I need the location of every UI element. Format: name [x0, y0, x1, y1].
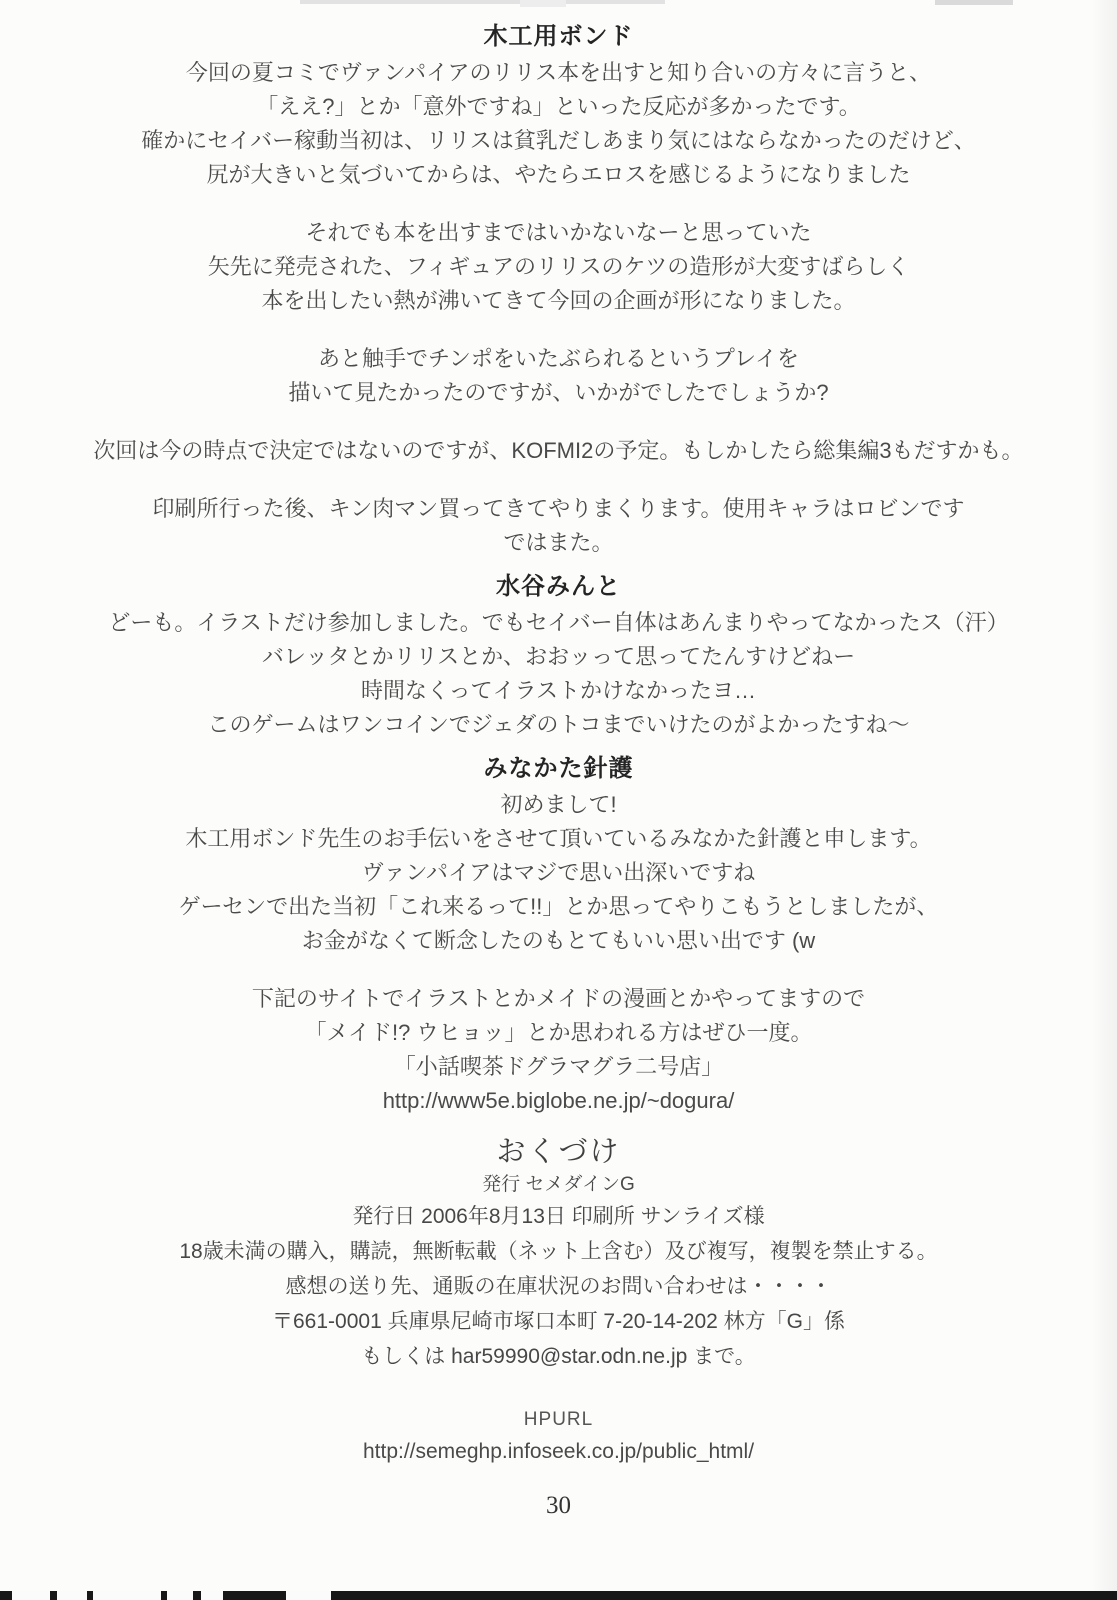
paragraph: 次回は今の時点で決定ではないのですが、KOFMI2の予定。もしかしたら総集編3も… — [0, 434, 1117, 468]
text-line: 描いて見たかったのですが、いかがでしたでしょうか? — [0, 376, 1117, 410]
scan-edge-notch — [201, 1591, 223, 1600]
paragraph: 印刷所行った後、キン肉マン買ってきてやりまくります。使用キャラはロビンです では… — [0, 492, 1117, 560]
text-line: どーも。イラストだけ参加しました。でもセイバー自体はあんまりやってなかったス（汗… — [0, 606, 1117, 640]
section-title: 木工用ボンド — [0, 20, 1117, 54]
text-line: 矢先に発売された、フィギュアのリリスのケツの造形が大変すばらしく — [0, 250, 1117, 284]
section-title: 水谷みんと — [0, 570, 1117, 604]
homepage-block: HPURL http://semeghp.infoseek.co.jp/publ… — [0, 1405, 1117, 1469]
section-title: みなかた針護 — [0, 752, 1117, 786]
paragraph: それでも本を出すまではいかないなーと思っていた 矢先に発売された、フィギュアのリ… — [0, 216, 1117, 318]
text-line: 確かにセイバー稼動当初は、リリスは貧乳だしあまり気にはならなかったのだけど、 — [0, 124, 1117, 158]
paragraph: あと触手でチンポをいたぶられるというプレイを 描いて見たかったのですが、いかがで… — [0, 342, 1117, 410]
text-line: 本を出したい熱が沸いてきて今回の企画が形になりました。 — [0, 284, 1117, 318]
text-line: ヴァンパイアはマジで思い出深いですね — [0, 856, 1117, 890]
publisher-line: 発行 セメダインG — [0, 1171, 1117, 1199]
colophon: おくづけ 発行 セメダインG 発行日 2006年8月13日 印刷所 サンライズ様… — [0, 1133, 1117, 1374]
text-line: 下記のサイトでイラストとかメイドの漫画とかやってますので — [0, 982, 1117, 1016]
colophon-title: おくづけ — [0, 1133, 1117, 1171]
contact-intro-line: 感想の送り先、通販の在庫状況のお問い合わせは・・・・ — [0, 1269, 1117, 1304]
paragraph: 下記のサイトでイラストとかメイドの漫画とかやってますので 「メイド!? ウヒョッ… — [0, 982, 1117, 1118]
section-mizutani-minto: 水谷みんと どーも。イラストだけ参加しました。でもセイバー自体はあんまりやってな… — [0, 570, 1117, 742]
scan-edge-notch — [93, 1591, 161, 1600]
text-line: このゲームはワンコインでジェダのトコまでいけたのがよかったすね～ — [0, 708, 1117, 742]
paragraph: 初めまして! 木工用ボンド先生のお手伝いをさせて頂いているみなかた針護と申します… — [0, 788, 1117, 958]
text-line: バレッタとかリリスとか、おおッって思ってたんすけどねー — [0, 640, 1117, 674]
paragraph: どーも。イラストだけ参加しました。でもセイバー自体はあんまりやってなかったス（汗… — [0, 606, 1117, 742]
text-line: 次回は今の時点で決定ではないのですが、KOFMI2の予定。もしかしたら総集編3も… — [0, 434, 1117, 468]
hp-url-label: HPURL — [0, 1405, 1117, 1435]
text-line: 印刷所行った後、キン肉マン買ってきてやりまくります。使用キャラはロビンです — [0, 492, 1117, 526]
scan-artifact — [935, 0, 1013, 5]
age-restriction-line: 18歳未満の購入，購読，無断転載（ネット上含む）及び複写，複製を禁止する。 — [0, 1234, 1117, 1269]
text-line: 初めまして! — [0, 788, 1117, 822]
section-minakata-shingo: みなかた針護 初めまして! 木工用ボンド先生のお手伝いをさせて頂いているみなかた… — [0, 752, 1117, 1118]
section-mokkouyou-bond: 木工用ボンド 今回の夏コミでヴァンパイアのリリス本を出すと知り合いの方々に言うと… — [0, 20, 1117, 560]
publication-date-line: 発行日 2006年8月13日 印刷所 サンライズ様 — [0, 1199, 1117, 1234]
text-line: それでも本を出すまではいかないなーと思っていた — [0, 216, 1117, 250]
scan-artifact — [520, 0, 566, 7]
postal-address-line: 〒661-0001 兵庫県尼崎市塚口本町 7-20-14-202 林方「G」係 — [0, 1304, 1117, 1339]
text-line: あと触手でチンポをいたぶられるというプレイを — [0, 342, 1117, 376]
scan-artifact — [300, 0, 665, 4]
paragraph: 今回の夏コミでヴァンパイアのリリス本を出すと知り合いの方々に言うと、 「ええ?」… — [0, 56, 1117, 192]
email-line: もしくは har59990@star.odn.ne.jp まで。 — [0, 1339, 1117, 1374]
text-line: 木工用ボンド先生のお手伝いをさせて頂いているみなかた針護と申します。 — [0, 822, 1117, 856]
scan-edge-notch — [57, 1591, 87, 1600]
text-line: ではまた。 — [0, 526, 1117, 560]
text-line: お金がなくて断念したのもとてもいい思い出です (w — [0, 924, 1117, 958]
scanned-page: 木工用ボンド 今回の夏コミでヴァンパイアのリリス本を出すと知り合いの方々に言うと… — [0, 0, 1117, 1600]
text-line: 尻が大きいと気づいてからは、やたらエロスを感じるようになりました — [0, 158, 1117, 192]
site-url-text: http://www5e.biglobe.ne.jp/~dogura/ — [0, 1084, 1117, 1118]
text-line: ゲーセンで出た当初「これ来るって!!」とか思ってやりこもうとしましたが、 — [0, 890, 1117, 924]
text-line: 「メイド!? ウヒョッ」とか思われる方はぜひ一度。 — [0, 1016, 1117, 1050]
text-line: 「ええ?」とか「意外ですね」といった反応が多かったです。 — [0, 90, 1117, 124]
scan-edge-bar — [0, 1591, 1117, 1600]
scan-edge-notch — [12, 1591, 50, 1600]
page-number: 30 — [0, 1492, 1117, 1520]
scan-edge-notch — [167, 1591, 193, 1600]
text-line: 今回の夏コミでヴァンパイアのリリス本を出すと知り合いの方々に言うと、 — [0, 56, 1117, 90]
text-line: 時間なくってイラストかけなかったヨ… — [0, 674, 1117, 708]
scan-edge-notch — [286, 1591, 331, 1600]
hp-url-text: http://semeghp.infoseek.co.jp/public_htm… — [0, 1435, 1117, 1469]
text-line: 「小話喫茶ドグラマグラ二号店」 — [0, 1050, 1117, 1084]
